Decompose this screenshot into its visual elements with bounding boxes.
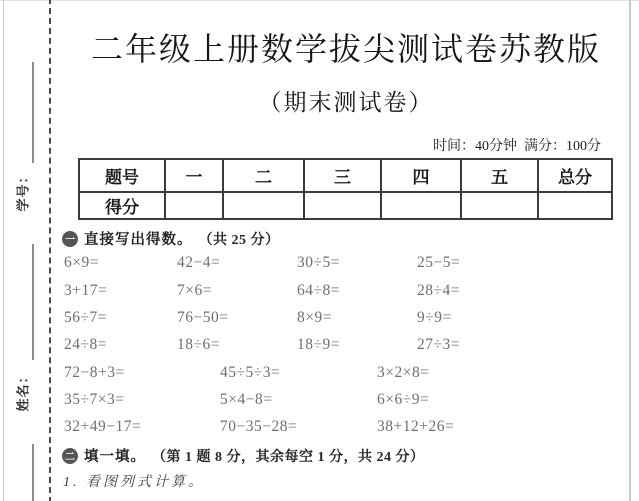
item-1-prompt: 1. 看图列式计算。 <box>63 471 205 491</box>
qnum-header-cell: 一 <box>165 159 223 192</box>
margin-rule-bottom <box>32 444 34 501</box>
math-problem: 42−4= <box>177 254 220 272</box>
section-one-header: 一 直接写出得数。 （共 25 分） <box>62 228 280 249</box>
math-problem: 5×4−8= <box>220 391 272 409</box>
math-problem: 6×9= <box>64 254 99 272</box>
student-no-label-text: 学号： <box>13 169 32 211</box>
page-edge-top <box>0 0 639 1</box>
section-one-title: 直接写出得数。 <box>84 228 193 249</box>
math-problem: 9÷9= <box>417 309 452 327</box>
circled-one-icon: 一 <box>62 231 78 247</box>
exam-meta: 时间：40分钟 满分：100分 <box>78 135 601 155</box>
math-problem: 7×6= <box>177 282 212 300</box>
qnum-header-cell: 题号 <box>79 159 165 192</box>
page-subtitle: （期末测试卷） <box>61 84 631 117</box>
math-problem: 3×2×8= <box>377 364 429 382</box>
qnum-header-cell: 总分 <box>538 159 612 192</box>
calc-row: 3+17= 7×6= 64÷8= 28÷4= <box>0 282 639 302</box>
math-problem: 64÷8= <box>297 282 340 300</box>
math-problem: 18÷9= <box>297 336 340 354</box>
score-blank-cell <box>165 192 223 219</box>
score-blank-cell <box>304 192 381 219</box>
math-problem: 35÷7×3= <box>64 391 125 409</box>
math-problem: 27÷3= <box>417 336 460 354</box>
math-problem: 32+49−17= <box>64 418 141 436</box>
student-no-label: 学号： <box>1 168 43 212</box>
score-table-score-row: 得分 <box>79 192 612 219</box>
score-blank-cell <box>461 192 538 219</box>
exam-paper-page: 学号： 姓名： 二年级上册数学拔尖测试卷苏教版 （期末测试卷） 时间：40分钟 … <box>0 0 639 501</box>
score-blank-cell <box>538 192 612 219</box>
calc-row: 72−8+3= 45÷5÷3= 3×2×8= <box>0 364 639 384</box>
math-problem: 25−5= <box>417 254 460 272</box>
math-problem: 56÷7= <box>64 309 107 327</box>
math-problem: 45÷5÷3= <box>220 364 280 382</box>
margin-rule-top <box>32 62 34 163</box>
math-problem: 6×6÷9= <box>377 391 429 409</box>
qnum-header-cell: 四 <box>381 159 461 192</box>
score-blank-cell <box>223 192 304 219</box>
math-problem: 24÷8= <box>64 336 107 354</box>
math-problem: 8×9= <box>297 309 332 327</box>
section-one-points: （共 25 分） <box>199 229 280 249</box>
score-row-label: 得分 <box>79 192 165 219</box>
section-two-header: 二 填一填。 （第 1 题 8 分，其余每空 1 分，共 24 分） <box>62 445 425 466</box>
score-table: 题号 一 二 三 四 五 总分 得分 <box>78 158 613 220</box>
qnum-header-cell: 二 <box>223 159 304 192</box>
qnum-header-cell: 三 <box>304 159 381 192</box>
score-blank-cell <box>381 192 461 219</box>
math-problem: 30÷5= <box>297 254 340 272</box>
calc-row: 32+49−17= 70−35−28= 38+12+26= <box>0 418 639 438</box>
score-table-header-row: 题号 一 二 三 四 五 总分 <box>79 159 612 192</box>
circled-two-icon: 二 <box>62 448 78 464</box>
page-title: 二年级上册数学拔尖测试卷苏教版 <box>61 24 631 70</box>
qnum-header-cell: 五 <box>461 159 538 192</box>
section-two-points: （第 1 题 8 分，其余每空 1 分，共 24 分） <box>152 446 425 466</box>
section-two-title: 填一填。 <box>84 445 146 466</box>
math-problem: 18÷6= <box>177 336 220 354</box>
calc-row: 24÷8= 18÷6= 18÷9= 27÷3= <box>0 336 639 356</box>
calc-row: 56÷7= 76−50= 8×9= 9÷9= <box>0 309 639 329</box>
math-problem: 38+12+26= <box>377 418 454 436</box>
math-problem: 3+17= <box>64 282 107 300</box>
calc-row: 35÷7×3= 5×4−8= 6×6÷9= <box>0 391 639 411</box>
math-problem: 28÷4= <box>417 282 460 300</box>
math-problem: 70−35−28= <box>220 418 297 436</box>
math-problem: 72−8+3= <box>64 364 125 382</box>
math-problem: 76−50= <box>177 309 228 327</box>
calc-row: 6×9= 42−4= 30÷5= 25−5= <box>0 254 639 274</box>
